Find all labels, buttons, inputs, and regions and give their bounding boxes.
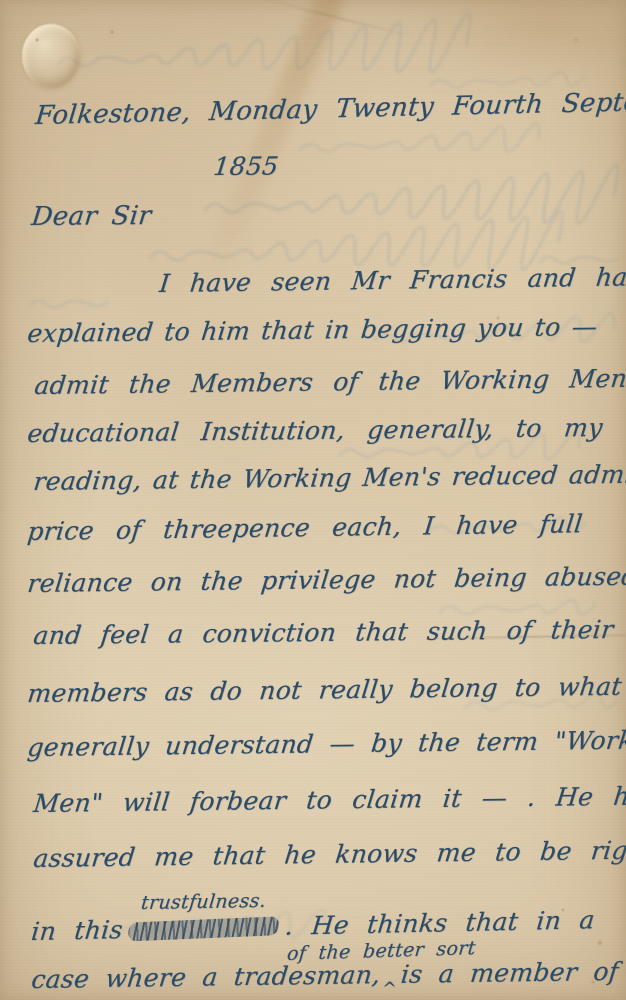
salutation: Dear Sir	[30, 202, 153, 232]
inserted-word-trustfulness: trustfulness.	[140, 891, 267, 914]
letter-body-line: and feel a conviction that such of their	[32, 616, 615, 650]
caret-mark: ^	[381, 980, 398, 999]
scribbled-out-word	[128, 916, 280, 941]
letter-scan-page: Folkestone, Monday Twenty Fourth Septemb…	[0, 0, 626, 1000]
letter-body-line: educational Institution, generally, to m…	[26, 414, 604, 448]
dateline-year: 1855	[212, 152, 280, 180]
correction-pre-text: in this	[30, 915, 124, 946]
last-line-post-text: is a member of —	[399, 956, 626, 989]
last-line-pre-text: case where a tradesman,	[30, 960, 382, 994]
letter-body-line: I have seen Mr Francis and have	[158, 263, 626, 297]
